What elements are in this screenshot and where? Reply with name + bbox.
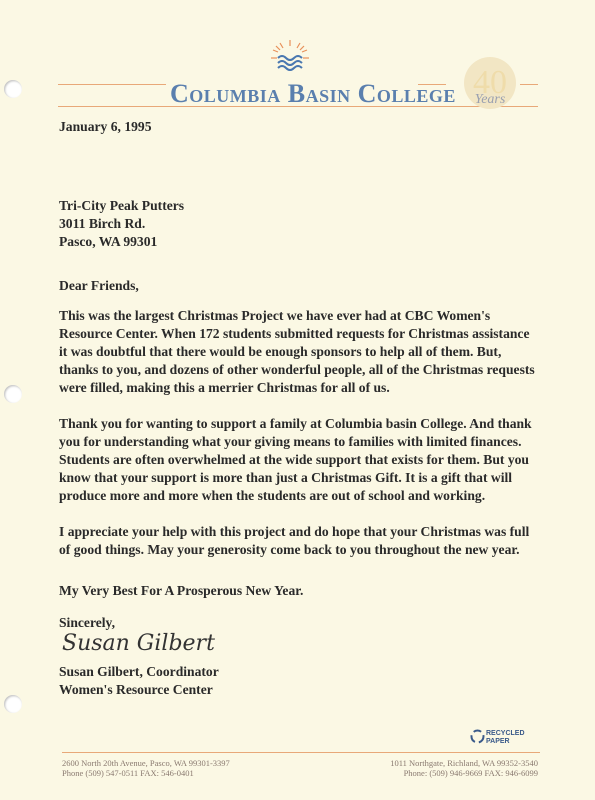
signer-block: Susan Gilbert, Coordinator Women's Resou… xyxy=(59,663,219,699)
institution-name: Columbia Basin College xyxy=(170,79,456,109)
paragraph: This was the largest Christmas Project w… xyxy=(59,307,539,397)
letter-date: January 6, 1995 xyxy=(59,118,152,136)
recycled-text: PAPER xyxy=(486,738,525,746)
phone-line: Phone: (509) 946-9669 FAX: 946-6099 xyxy=(390,768,538,778)
recipient-address: Tri-City Peak Putters 3011 Birch Rd. Pas… xyxy=(59,197,184,251)
recycle-icon xyxy=(470,729,485,744)
footer-left-address: 2600 North 20th Avenue, Pasco, WA 99301-… xyxy=(62,758,230,778)
recipient-line: Pasco, WA 99301 xyxy=(59,233,184,251)
signature: Susan Gilbert xyxy=(62,631,215,656)
punch-hole xyxy=(4,695,22,713)
anniversary-badge-icon: 40 Years xyxy=(445,45,535,115)
address-line: 2600 North 20th Avenue, Pasco, WA 99301-… xyxy=(62,758,230,768)
svg-text:Years: Years xyxy=(475,92,506,107)
letter-body: This was the largest Christmas Project w… xyxy=(59,307,539,559)
paragraph: Thank you for wanting to support a famil… xyxy=(59,415,539,505)
phone-line: Phone (509) 547-0511 FAX: 546-0401 xyxy=(62,768,230,778)
signer-name: Susan Gilbert, Coordinator xyxy=(59,663,219,681)
letterhead-rule xyxy=(58,84,166,85)
recycled-text: RECYCLED xyxy=(486,730,525,738)
sun-waves-logo-icon xyxy=(268,38,312,72)
address-line: 1011 Northgate, Richland, WA 99352-3540 xyxy=(390,758,538,768)
punch-hole xyxy=(4,80,22,98)
recipient-line: 3011 Birch Rd. xyxy=(59,215,184,233)
salutation: Dear Friends, xyxy=(59,277,139,295)
punch-hole xyxy=(4,385,22,403)
footer-right-address: 1011 Northgate, Richland, WA 99352-3540 … xyxy=(390,758,538,778)
footer-rule xyxy=(62,752,540,753)
valediction: Sincerely, xyxy=(59,614,115,632)
paragraph: I appreciate your help with this project… xyxy=(59,523,539,559)
recycled-paper-label: RECYCLED PAPER xyxy=(486,730,525,746)
signer-org: Women's Resource Center xyxy=(59,681,219,699)
closing-line: My Very Best For A Prosperous New Year. xyxy=(59,582,303,600)
recipient-line: Tri-City Peak Putters xyxy=(59,197,184,215)
